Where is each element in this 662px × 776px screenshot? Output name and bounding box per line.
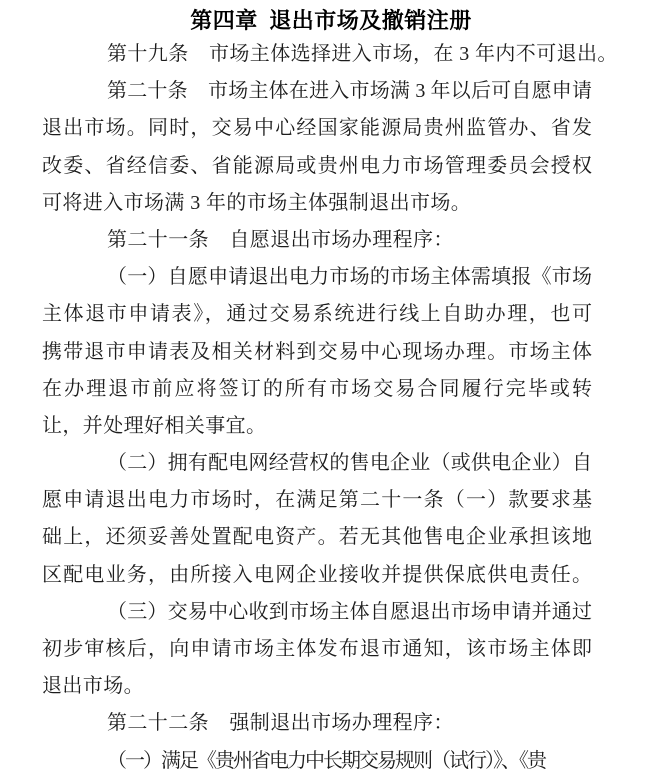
- chapter-heading: 第四章 退出市场及撤销注册: [0, 0, 662, 36]
- text-line: 第十九条 市场主体选择进入市场，在 3 年内不可退出。: [42, 36, 592, 73]
- text-line: 愿申请退出电力市场时，在满足第二十一条（一）款要求基: [42, 482, 592, 519]
- text-line: 携带退市申请表及相关材料到交易中心现场办理。市场主体: [42, 334, 592, 371]
- document-page: 第四章 退出市场及撤销注册 第十九条 市场主体选择进入市场，在 3 年内不可退出…: [0, 0, 662, 776]
- text-line: 初步审核后，向申请市场主体发布退市通知，该市场主体即: [42, 631, 592, 668]
- text-line: （一）自愿申请退出电力市场的市场主体需填报《市场: [42, 259, 592, 296]
- text-line: （二）拥有配电网经营权的售电企业（或供电企业）自: [42, 445, 592, 482]
- text-line: 在办理退市前应将签订的所有市场交易合同履行完毕或转: [42, 371, 592, 408]
- text-line: 让，并处理好相关事宜。: [42, 408, 592, 445]
- document-body: 第十九条 市场主体选择进入市场，在 3 年内不可退出。 第二十条 市场主体在进入…: [0, 36, 662, 776]
- text-line: 第二十二条 强制退出市场办理程序：: [42, 705, 592, 742]
- text-line: 退出市场。: [42, 668, 592, 705]
- text-line: 主体退市申请表》，通过交易系统进行线上自助办理，也可: [42, 296, 592, 333]
- text-line: （三）交易中心收到市场主体自愿退出市场申请并通过: [42, 594, 592, 631]
- text-line: 第二十条 市场主体在进入市场满 3 年以后可自愿申请: [42, 73, 592, 110]
- text-line: 退出市场。同时，交易中心经国家能源局贵州监管办、省发: [42, 110, 592, 147]
- text-line: 区配电业务，由所接入电网企业接收并提供保底供电责任。: [42, 557, 592, 594]
- text-line: 第二十一条 自愿退出市场办理程序：: [42, 222, 592, 259]
- text-line: 改委、省经信委、省能源局或贵州电力市场管理委员会授权: [42, 148, 592, 185]
- text-line: 础上，还须妥善处置配电资产。若无其他售电企业承担该地: [42, 519, 592, 556]
- text-line: 可将进入市场满 3 年的市场主体强制退出市场。: [42, 185, 592, 222]
- text-line: （一）满足《贵州省电力中长期交易规则（试行）》、《贵: [42, 743, 592, 776]
